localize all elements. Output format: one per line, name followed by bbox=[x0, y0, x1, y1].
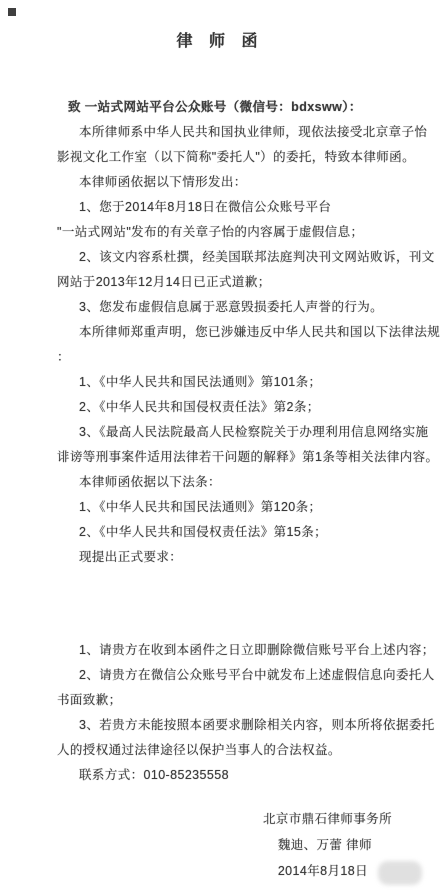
letter-line: 本所律师系中华人民共和国执业律师，现依法接受北京章子怡 bbox=[57, 120, 416, 145]
demand-item-3-continued: 人的授权通过法律途径以保护当事人的合法权益。 bbox=[57, 738, 416, 763]
letter-title: 律 师 函 bbox=[0, 0, 440, 50]
demand-intro-line: 现提出正式要求： bbox=[57, 545, 416, 570]
law-item-2: 2、《中华人民共和国侵权责任法》第2条； bbox=[57, 395, 416, 420]
demand-item-2-continued: 书面致歉； bbox=[57, 688, 416, 713]
law-item-1: 1、《中华人民共和国民法通则》第101条； bbox=[57, 370, 416, 395]
section-gap bbox=[57, 570, 416, 638]
contact-line: 联系方式：010-85235558 bbox=[57, 763, 416, 788]
corner-watermark bbox=[378, 861, 422, 885]
basis-item-1: 1、《中华人民共和国民法通则》第120条； bbox=[57, 495, 416, 520]
declaration-line: 本所律师郑重声明，您已涉嫌违反中华人民共和国以下法律法规 bbox=[57, 320, 416, 345]
fact-item-2: 2、该文内容系杜撰，经美国联邦法庭判决刊文网站败诉，刊文 bbox=[57, 245, 416, 270]
firm-name: 北京市鼎石律师事务所 bbox=[0, 806, 392, 832]
basis-item-2: 2、《中华人民共和国侵权责任法》第15条； bbox=[57, 520, 416, 545]
lawyer-names: 魏迪、万蕾 律师 bbox=[0, 832, 392, 858]
law-item-3: 3、《最高人民法院最高人民检察院关于办理利用信息网络实施 bbox=[57, 420, 416, 445]
declaration-colon: ： bbox=[57, 345, 416, 370]
fact-item-2-continued: 网站于2013年12月14日已正式道歉； bbox=[57, 270, 416, 295]
demand-item-2: 2、请贵方在微信公众账号平台中就发布上述虚假信息向委托人 bbox=[57, 663, 416, 688]
basis-intro-line: 本律师函依据以下法条： bbox=[57, 470, 416, 495]
signature-block: 北京市鼎石律师事务所 魏迪、万蕾 律师 2014年8月18日 bbox=[0, 806, 440, 884]
fact-item-1: 1、您于2014年8月18日在微信公众账号平台 bbox=[57, 195, 416, 220]
law-item-3-continued: 诽谤等刑事案件适用法律若干问题的解释》第1条等相关法律内容。 bbox=[57, 445, 416, 470]
letter-body: 致 一站式网站平台公众账号（微信号：bdxsww）： 本所律师系中华人民共和国执… bbox=[0, 95, 440, 788]
letter-line: 本律师函依据以下情形发出： bbox=[57, 170, 416, 195]
letter-line: 影视文化工作室（以下简称"委托人"）的委托，特致本律师函。 bbox=[57, 145, 416, 170]
corner-mark-square bbox=[8, 8, 16, 16]
letter-date: 2014年8月18日 bbox=[0, 858, 392, 884]
fact-item-1-continued: "一站式网站"发布的有关章子怡的内容属于虚假信息； bbox=[57, 220, 416, 245]
demand-item-1: 1、请贵方在收到本函件之日立即删除微信账号平台上述内容； bbox=[57, 638, 416, 663]
fact-item-3: 3、您发布虚假信息属于恶意毁损委托人声誉的行为。 bbox=[57, 295, 416, 320]
lawyer-letter-page: 律 师 函 致 一站式网站平台公众账号（微信号：bdxsww）： 本所律师系中华… bbox=[0, 0, 440, 891]
demand-item-3: 3、若贵方未能按照本函要求删除相关内容，则本所将依据委托 bbox=[57, 713, 416, 738]
greeting-line: 致 一站式网站平台公众账号（微信号：bdxsww）： bbox=[57, 95, 416, 120]
